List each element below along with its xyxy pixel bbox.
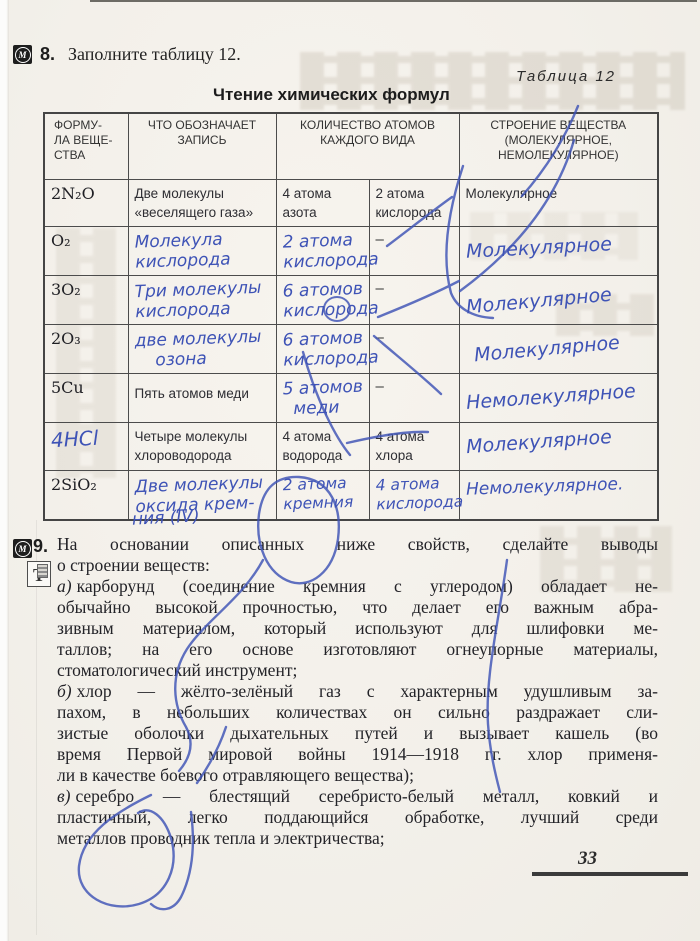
footer-rule [532, 872, 688, 876]
cell-structure: Молекулярное [459, 226, 658, 275]
table-row: 3O₂ Три молекулыкислорода 6 атомовкислор… [44, 275, 658, 324]
table-row: 2N₂O Две молекулы«веселящего газа» 4 ато… [44, 179, 658, 226]
cell-atoms2: 2 атомакислорода [369, 179, 459, 226]
m-marker-letter: М [15, 47, 31, 63]
cell-meaning: Три молекулыкислорода [128, 275, 276, 324]
cell-atoms2: 4 атомахлора [369, 422, 459, 470]
task9-text-line: о строении веществ: [57, 555, 658, 576]
handwritten-answer-overflow: ния (IV) [132, 506, 201, 530]
handwritten-answer: Три молекулыкислорода [134, 277, 262, 321]
cell-formula: 5Cu [44, 373, 128, 422]
cell-formula: 2N₂O [44, 179, 128, 226]
cell-atoms1: 2 атомакислорода [276, 226, 369, 275]
cell-formula: 3O₂ [44, 275, 128, 324]
scan-top-line [90, 0, 697, 2]
notebook-pages-glyph [37, 564, 48, 578]
cell-atoms1: 5 атомовмеди [276, 373, 369, 422]
cell-structure: Молекулярное [459, 422, 658, 470]
page-edge [0, 0, 9, 941]
cell-atoms1: 4 атомаазота [276, 179, 369, 226]
task9-text-line: ли в качестве боевого отравляющего вещес… [57, 765, 658, 786]
table-caption: Таблица 12 [516, 68, 616, 85]
cell-structure: Молекулярное [459, 179, 658, 226]
handwritten-answer: Немолекулярное. [465, 474, 623, 499]
page-number: 33 [578, 848, 597, 870]
m-marker-letter: М [15, 541, 31, 557]
handwritten-answer: Молекулярное [473, 331, 620, 366]
header-formula: ФОРМУ- ЛА ВЕЩЕ- СТВА [44, 113, 128, 179]
table-row: 5Cu Пять атомов меди 5 атомовмеди – Немо… [44, 373, 658, 422]
table-title: Чтение химических формул [213, 85, 450, 105]
handwritten-answer: 6 атомовкислорода [282, 327, 379, 370]
handwritten-answer: Молекулярное [465, 283, 612, 318]
task8-text: Заполните таблицу 12. [68, 44, 241, 65]
cell-meaning: Две молекулы«веселящего газа» [128, 179, 276, 226]
task9-text-line: пахом, в небольших количествах он сильно… [57, 702, 658, 723]
table-row: O₂ Молекулакислорода 2 атомакислорода – … [44, 226, 658, 275]
table-header-row: ФОРМУ- ЛА ВЕЩЕ- СТВА ЧТО ОБОЗНАЧАЕТ ЗАПИ… [44, 113, 658, 179]
handwritten-answer: 5 атомовмеди [282, 376, 364, 419]
task9-text-line: На основании описанных ниже свойств, сде… [57, 534, 658, 555]
m-marker-icon: М [13, 45, 32, 64]
header-structure: СТРОЕНИЕ ВЕЩЕСТВА (МОЛЕКУЛЯРНОЕ, НЕМОЛЕК… [459, 113, 658, 179]
handwritten-answer: 6 атомовкислорода [282, 278, 379, 321]
notebook-icon: Т [27, 561, 51, 587]
cell-atoms2: – [369, 373, 459, 422]
task9-text-line: пластичный, легко поддающийся обработке,… [57, 807, 658, 828]
cell-atoms1: 6 атомовкислорода [276, 275, 369, 324]
cell-meaning: две молекулыозона [128, 324, 276, 373]
cell-atoms1: 6 атомовкислорода [276, 324, 369, 373]
task8-number: 8. [40, 44, 55, 65]
workbook-page: М 8. Заполните таблицу 12. Таблица 12 Чт… [0, 0, 700, 941]
cell-structure: Немолекулярное [459, 373, 658, 422]
cell-formula: 4HCl [44, 422, 128, 470]
m-marker-icon: М [13, 539, 32, 558]
task9-text-line: время Первой мировой войны 1914—1918 гг.… [57, 744, 658, 765]
handwritten-answer: 4HCl [50, 425, 98, 451]
task9-text-line: обычайно высокой прочностью, что делает … [57, 597, 658, 618]
task9-text-line: в)серебро — блестящий серебристо-белый м… [57, 786, 658, 807]
header-atoms: КОЛИЧЕСТВО АТОМОВ КАЖДОГО ВИДА [276, 113, 459, 179]
cell-meaning: Четыре молекулыхлороводорода [128, 422, 276, 470]
cell-structure: Немолекулярное. [459, 470, 658, 520]
handwritten-answer: Молекулярное [465, 233, 612, 263]
table-row: 4HCl Четыре молекулыхлороводорода 4 атом… [44, 422, 658, 470]
cell-meaning: Молекулакислорода [128, 226, 276, 275]
handwritten-answer: 4 атомакислорода [375, 473, 463, 514]
header-meaning: ЧТО ОБОЗНАЧАЕТ ЗАПИСЬ [128, 113, 276, 179]
task9-text-line: зивным материалом, который используют дл… [57, 618, 658, 639]
cell-formula: O₂ [44, 226, 128, 275]
cell-atoms1: 2 атомакремния [276, 470, 369, 520]
task9-text-line: б)хлор — жёлто-зелёный газ с характерным… [57, 681, 658, 702]
cell-structure: Молекулярное [459, 275, 658, 324]
task9-number: 9. [33, 536, 48, 557]
task9-text-line: стоматологический инструмент; [57, 660, 658, 681]
cell-atoms1: 4 атомаводорода [276, 422, 369, 470]
handwritten-answer: Молекулакислорода [134, 229, 231, 272]
handwritten-answer: 2 атомакремния [282, 473, 353, 513]
cell-formula: 2O₃ [44, 324, 128, 373]
handwritten-answer: 2 атомакислорода [282, 229, 379, 272]
handwritten-answer: две молекулыозона [134, 326, 262, 370]
cell-atoms2: – [369, 324, 459, 373]
cell-atoms2: – [369, 275, 459, 324]
task9-text-line: металлов проводник тепла и электричества… [57, 828, 658, 849]
cell-atoms2: 4 атомакислорода [369, 470, 459, 520]
task9-text-line: а)карборунд (соединение кремния с углеро… [57, 576, 658, 597]
table-row: 2O₃ две молекулыозона 6 атомовкислорода … [44, 324, 658, 373]
handwritten-answer: Молекулярное [465, 425, 612, 457]
task9-text-line: зистые оболочки дыхательных путей и вызы… [57, 723, 658, 744]
formula-table: ФОРМУ- ЛА ВЕЩЕ- СТВА ЧТО ОБОЗНАЧАЕТ ЗАПИ… [43, 112, 659, 521]
cell-atoms2: – [369, 226, 459, 275]
handwritten-answer: Немолекулярное [465, 380, 636, 414]
cell-structure: Молекулярное [459, 324, 658, 373]
cell-formula: 2SiO₂ [44, 470, 128, 520]
task9-text-line: таллов; на его основе изготовляют огнеуп… [57, 639, 658, 660]
cell-meaning: Пять атомов меди [128, 373, 276, 422]
